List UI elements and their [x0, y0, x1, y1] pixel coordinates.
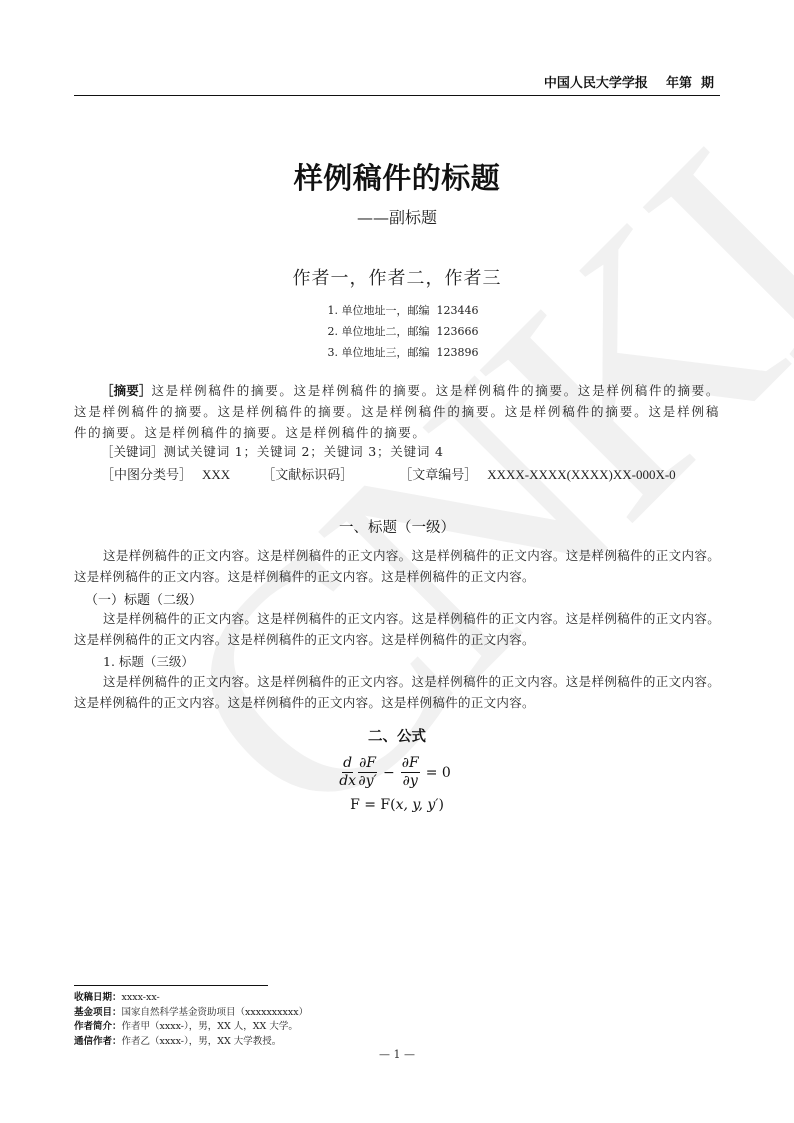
- body-paragraph-2: 这是样例稿件的正文内容。这是样例稿件的正文内容。这是样例稿件的正文内容。这是样例…: [74, 608, 720, 650]
- paper-subtitle: ——副标题: [0, 205, 794, 228]
- doc-code-label: ［文献标识码］: [262, 468, 353, 483]
- denominator: ∂y′: [358, 773, 376, 790]
- affiliations: 1. 单位地址一，邮编 123446 2. 单位地址二，邮编 123666 3.…: [0, 300, 794, 363]
- footnotes: 收稿日期：xxxx-xx- 基金项目：国家自然科学基金资助项目（xxxxxxxx…: [74, 991, 308, 1049]
- article-no-label: ［文章编号］: [399, 468, 477, 483]
- denominator: ∂y: [403, 773, 418, 790]
- affiliation-2: 2. 单位地址二，邮编 123666: [0, 321, 794, 342]
- footnote-label: 收稿日期：: [74, 992, 122, 1003]
- denominator: dx: [339, 773, 356, 790]
- affiliation-3: 3. 单位地址三，邮编 123896: [0, 342, 794, 363]
- footnote-label: 作者简介：: [74, 1021, 122, 1032]
- body-paragraph-1: 这是样例稿件的正文内容。这是样例稿件的正文内容。这是样例稿件的正文内容。这是样例…: [74, 545, 720, 587]
- footnote-text: xxxx-xx-: [122, 992, 160, 1003]
- function-definition-equation: F = F(x, y, y′): [0, 797, 794, 813]
- abstract-text: 这是样例稿件的摘要。这是样例稿件的摘要。这是样例稿件的摘要。这是样例稿件的摘要。…: [74, 383, 720, 440]
- abstract-label: ［摘要］: [101, 383, 151, 398]
- eq2-lhs: F = F(: [350, 797, 396, 813]
- footnote-received-date: 收稿日期：xxxx-xx-: [74, 991, 308, 1006]
- eq2-args: x, y, y′: [396, 797, 439, 813]
- euler-lagrange-equation: d dx ∂F ∂y′ − ∂F ∂y = 0: [0, 755, 794, 790]
- numerator: d: [342, 755, 353, 773]
- footnote-funding: 基金项目：国家自然科学基金资助项目（xxxxxxxxxx）: [74, 1006, 308, 1021]
- classification-line: ［中图分类号］XXX ［文献标识码］ ［文章编号］XXXX-XXXX(XXXX)…: [101, 464, 676, 483]
- subsection-heading: （一）标题（二级）: [85, 589, 202, 608]
- keywords: ［关键词］测试关键词 1；关键词 2；关键词 3；关键词 4: [101, 442, 444, 460]
- subsubsection-heading: 1. 标题（三级）: [103, 652, 194, 670]
- section-heading-1: 一、标题（一级）: [0, 516, 794, 537]
- equation-rhs: = 0: [426, 765, 451, 781]
- abstract: ［摘要］这是样例稿件的摘要。这是样例稿件的摘要。这是样例稿件的摘要。这是样例稿件…: [74, 380, 720, 443]
- section-heading-formula: 二、公式: [0, 725, 794, 746]
- keywords-text: 测试关键词 1；关键词 2；关键词 3；关键词 4: [164, 444, 444, 459]
- affiliation-1: 1. 单位地址一，邮编 123446: [0, 300, 794, 321]
- footnote-text: 作者甲（xxxx-），男，XX 人，XX 大学。: [122, 1021, 298, 1032]
- journal-name: 中国人民大学学报: [544, 76, 648, 91]
- author-list: 作者一，作者二，作者三: [0, 264, 794, 290]
- keywords-label: ［关键词］: [101, 444, 164, 459]
- fraction-d-dx: d dx: [339, 755, 356, 790]
- clc-label: ［中图分类号］: [101, 468, 192, 483]
- clc-value: XXX: [202, 467, 230, 482]
- running-head: 中国人民大学学报年第 期: [74, 74, 720, 96]
- numerator: ∂F: [401, 755, 420, 773]
- footnote-corresponding-author: 通信作者：作者乙（xxxx-），男，XX 大学教授。: [74, 1035, 308, 1050]
- issue-info: 年第 期: [666, 76, 714, 91]
- footnote-label: 基金项目：: [74, 1007, 122, 1018]
- page-number: — 1 —: [0, 1048, 794, 1061]
- footnote-divider: [74, 985, 268, 986]
- numerator: ∂F: [358, 755, 377, 773]
- footnote-text: 国家自然科学基金资助项目（xxxxxxxxxx）: [122, 1007, 309, 1018]
- paper-page: 中国人民大学学报年第 期 样例稿件的标题 ——副标题 作者一，作者二，作者三 1…: [0, 0, 794, 1123]
- fraction-dF-dyprime: ∂F ∂y′: [358, 755, 377, 790]
- body-paragraph-3: 这是样例稿件的正文内容。这是样例稿件的正文内容。这是样例稿件的正文内容。这是样例…: [74, 671, 720, 713]
- eq2-close: ): [438, 797, 443, 813]
- footnote-author-bio: 作者简介：作者甲（xxxx-），男，XX 人，XX 大学。: [74, 1020, 308, 1035]
- paper-title: 样例稿件的标题: [0, 156, 794, 197]
- footnote-text: 作者乙（xxxx-），男，XX 大学教授。: [122, 1036, 282, 1047]
- footnote-label: 通信作者：: [74, 1036, 122, 1047]
- fraction-dF-dy: ∂F ∂y: [401, 755, 420, 790]
- minus-sign: −: [383, 765, 395, 781]
- article-no-value: XXXX-XXXX(XXXX)XX-000X-0: [487, 467, 675, 482]
